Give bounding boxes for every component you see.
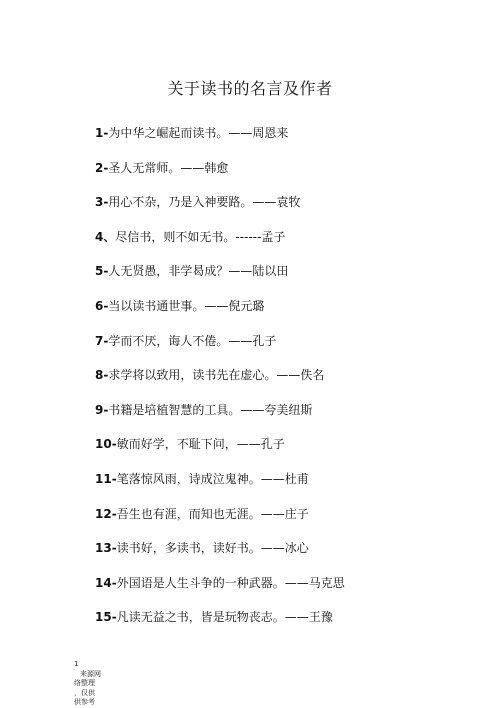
quote-item: 15-凡读无益之书，皆是玩物丧志。——王豫: [95, 609, 345, 644]
quote-text: 学而不厌，诲人不倦。——孔子: [108, 334, 276, 348]
quote-number: 5-: [95, 264, 108, 278]
quote-number: 9-: [95, 403, 108, 417]
footer-note-line: 络整理: [74, 679, 114, 689]
quote-text: 吾生也有涯，而知也无涯。——庄子: [117, 507, 309, 521]
document-page: 关于读书的名言及作者 1-为中华之崛起而读书。——周恩来 2-圣人无常师。——韩…: [0, 0, 500, 708]
quote-number: 6-: [95, 299, 108, 313]
page-title: 关于读书的名言及作者: [0, 79, 500, 99]
quote-number: 2-: [95, 161, 108, 175]
quote-item: 10-敏而好学，不耻下问，——孔子: [95, 436, 345, 471]
quote-item: 12-吾生也有涯，而知也无涯。——庄子: [95, 506, 345, 541]
quote-number: 15-: [95, 610, 117, 624]
quote-text: 求学将以致用，读书先在虚心。——佚名: [108, 368, 324, 382]
footer-note-line: ，仅供: [74, 689, 114, 699]
quote-text: 人无贤愚，非学曷成？——陆以田: [108, 264, 288, 278]
quote-item: 3-用心不杂，乃是入神要路。——袁牧: [95, 194, 345, 229]
quote-text: 凡读无益之书，皆是玩物丧志。——王豫: [117, 610, 333, 624]
quote-number: 12-: [95, 507, 117, 521]
quote-item: 2-圣人无常师。——韩愈: [95, 160, 345, 195]
quote-number: 4、: [95, 230, 115, 244]
quote-item: 6-当以读书通世事。——倪元璐: [95, 298, 345, 333]
quote-item: 11-笔落惊风雨，诗成泣鬼神。——杜甫: [95, 471, 345, 506]
quote-number: 7-: [95, 334, 108, 348]
footer-note-line: 供参考: [74, 698, 114, 708]
quote-text: 圣人无常师。——韩愈: [108, 161, 228, 175]
quote-item: 13-读书好，多读书，读好书。——冰心: [95, 540, 345, 575]
quote-item: 4、尽信书，则不如无书。------孟子: [95, 229, 345, 264]
quote-item: 14-外国语是人生斗争的一种武器。——马克思: [95, 575, 345, 610]
quote-item: 9-书籍是培植智慧的工具。——夸美纽斯: [95, 402, 345, 437]
quote-text: 外国语是人生斗争的一种武器。——马克思: [117, 576, 345, 590]
quote-item: 5-人无贤愚，非学曷成？——陆以田: [95, 263, 345, 298]
page-number: 1: [74, 660, 114, 670]
quote-text: 为中华之崛起而读书。——周恩来: [108, 126, 288, 140]
quote-number: 10-: [95, 437, 117, 451]
quote-text: 用心不杂，乃是入神要路。——袁牧: [108, 195, 300, 209]
quote-item: 7-学而不厌，诲人不倦。——孔子: [95, 333, 345, 368]
quote-item: 1-为中华之崛起而读书。——周恩来: [95, 125, 345, 160]
quote-text: 书籍是培植智慧的工具。——夸美纽斯: [108, 403, 312, 417]
quote-number: 13-: [95, 541, 117, 555]
footer-note: 1 来源网 络整理 ，仅供 供参考: [74, 660, 114, 708]
quote-text: 尽信书，则不如无书。------孟子: [115, 230, 285, 244]
quote-number: 1-: [95, 126, 108, 140]
quote-number: 11-: [95, 472, 117, 486]
quote-text: 敏而好学，不耻下问，——孔子: [117, 437, 285, 451]
quote-text: 当以读书通世事。——倪元璐: [108, 299, 264, 313]
quote-number: 3-: [95, 195, 108, 209]
quote-number: 14-: [95, 576, 117, 590]
quote-item: 8-求学将以致用，读书先在虚心。——佚名: [95, 367, 345, 402]
quote-text: 读书好，多读书，读好书。——冰心: [117, 541, 309, 555]
quote-text: 笔落惊风雨，诗成泣鬼神。——杜甫: [117, 472, 309, 486]
quote-list: 1-为中华之崛起而读书。——周恩来 2-圣人无常师。——韩愈 3-用心不杂，乃是…: [95, 125, 345, 644]
quote-number: 8-: [95, 368, 108, 382]
footer-note-line: 来源网: [74, 670, 114, 680]
